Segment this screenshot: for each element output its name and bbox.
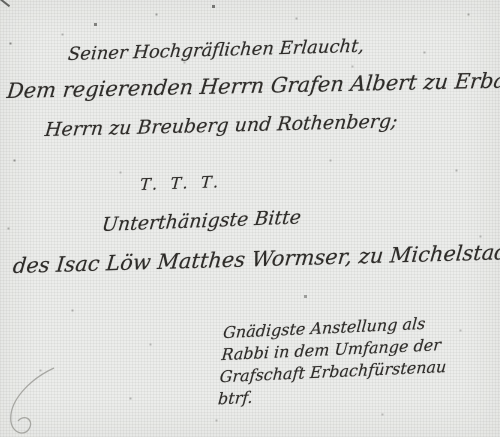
titulatur-abbreviation: T. T. T. <box>139 172 223 194</box>
address-line-territories: Herrn zu Breuberg und Rothenberg; <box>44 110 399 141</box>
corner-flourish-icon <box>2 364 72 437</box>
petitioner-line: des Isac Löw Matthes Wormser, zu Michels… <box>12 240 500 278</box>
manuscript-page: Seiner Hochgräflichen Erlaucht, Dem regi… <box>0 0 500 437</box>
address-line-honorific: Seiner Hochgräflichen Erlaucht, <box>67 36 365 65</box>
petition-heading: Unterthänigste Bitte <box>101 206 302 236</box>
address-line-recipient: Dem regierenden Herrn Grafen Albert zu E… <box>6 68 500 103</box>
scan-edge-mark <box>0 0 10 7</box>
subject-note: Gnädigste Anstellung als Rabbi in dem Um… <box>217 312 450 411</box>
